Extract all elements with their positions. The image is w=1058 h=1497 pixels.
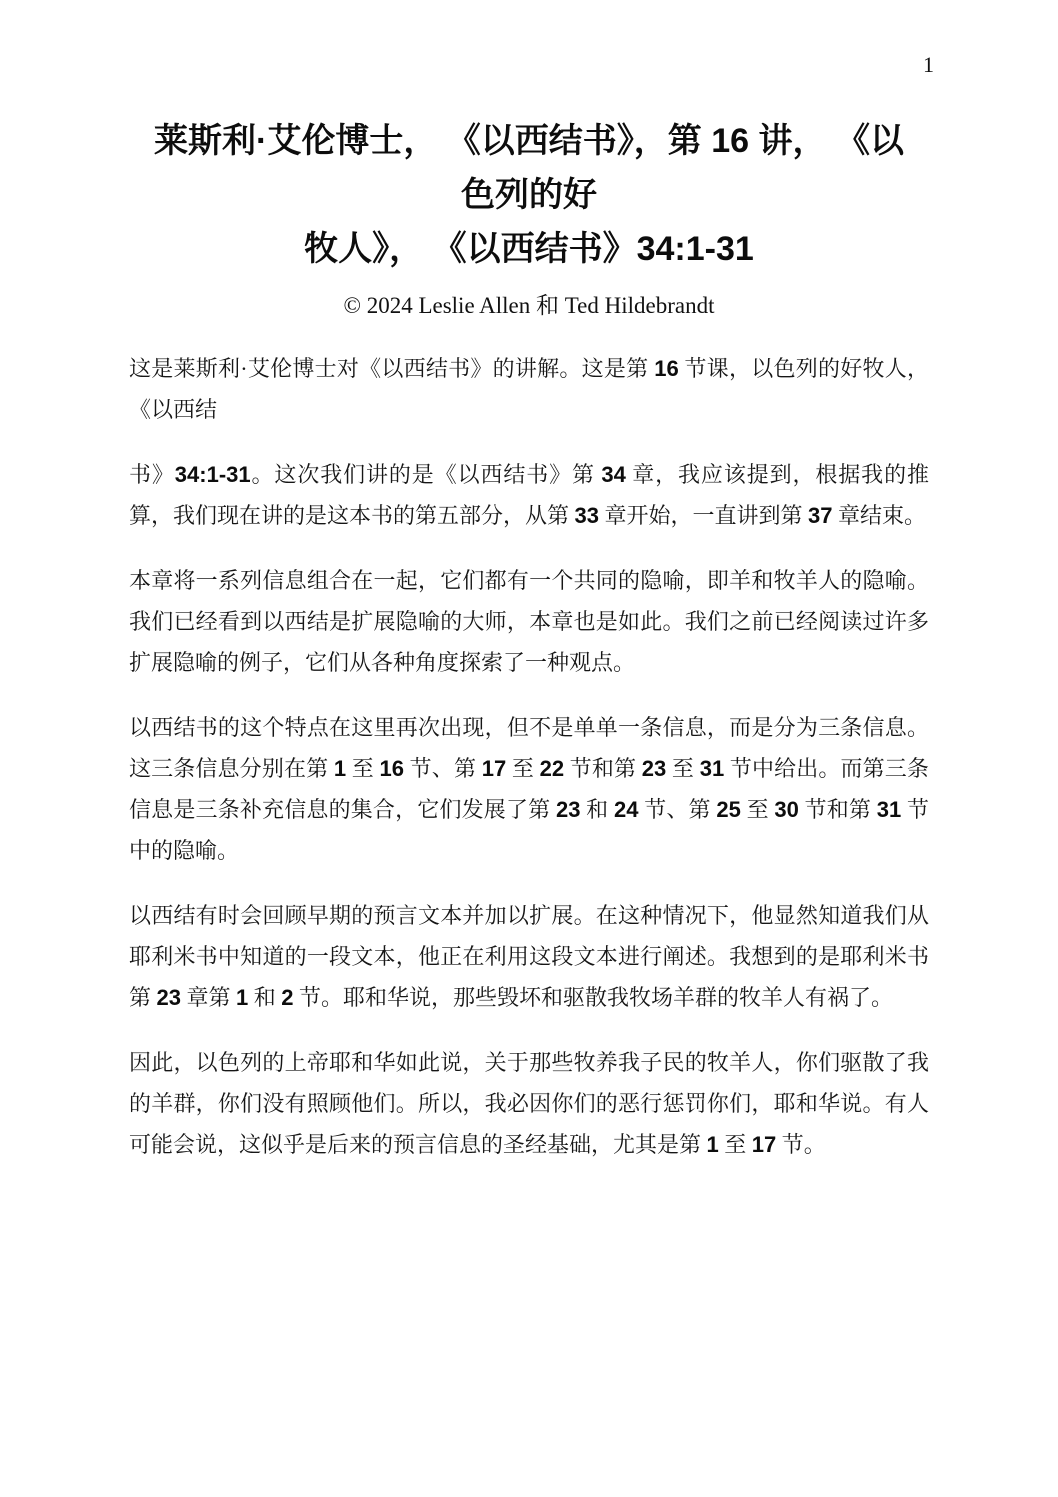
title-line-1: 莱斯利·艾伦博士， 《以西结书》，第 16 讲， 《以 bbox=[129, 114, 929, 168]
body-paragraph-4: 以西结书的这个特点在这里再次出现，但不是单单一条信息，而是分为三条信息。这三条信… bbox=[129, 707, 929, 871]
body-paragraph-5: 以西结有时会回顾早期的预言文本并加以扩展。在这种情况下，他显然知道我们从耶利米书… bbox=[129, 895, 929, 1018]
body-paragraph-2: 书》34:1-31。这次我们讲的是《以西结书》第 34 章，我应该提到，根据我的… bbox=[129, 454, 929, 536]
body-text: 这是莱斯利·艾伦博士对《以西结书》的讲解。这是第 16 节课，以色列的好牧人， … bbox=[129, 348, 929, 1165]
title-line-3: 牧人》， 《以西结书》34:1-31 bbox=[129, 222, 929, 276]
title-line-2: 色列的好 bbox=[129, 168, 929, 222]
document-page: 1 莱斯利·艾伦博士， 《以西结书》，第 16 讲， 《以 色列的好 牧人》， … bbox=[0, 0, 1058, 1497]
copyright-line: © 2024 Leslie Allen 和 Ted Hildebrandt bbox=[129, 292, 929, 320]
body-paragraph-1: 这是莱斯利·艾伦博士对《以西结书》的讲解。这是第 16 节课，以色列的好牧人， … bbox=[129, 348, 929, 430]
page-number: 1 bbox=[923, 52, 934, 78]
body-paragraph-3: 本章将一系列信息组合在一起，它们都有一个共同的隐喻，即羊和牧羊人的隐喻。我们已经… bbox=[129, 560, 929, 683]
body-paragraph-6: 因此，以色列的上帝耶和华如此说，关于那些牧养我子民的牧羊人，你们驱散了我的羊群，… bbox=[129, 1042, 929, 1165]
document-title: 莱斯利·艾伦博士， 《以西结书》，第 16 讲， 《以 色列的好 牧人》， 《以… bbox=[129, 0, 929, 276]
page-content: 莱斯利·艾伦博士， 《以西结书》，第 16 讲， 《以 色列的好 牧人》， 《以… bbox=[0, 0, 1058, 1165]
